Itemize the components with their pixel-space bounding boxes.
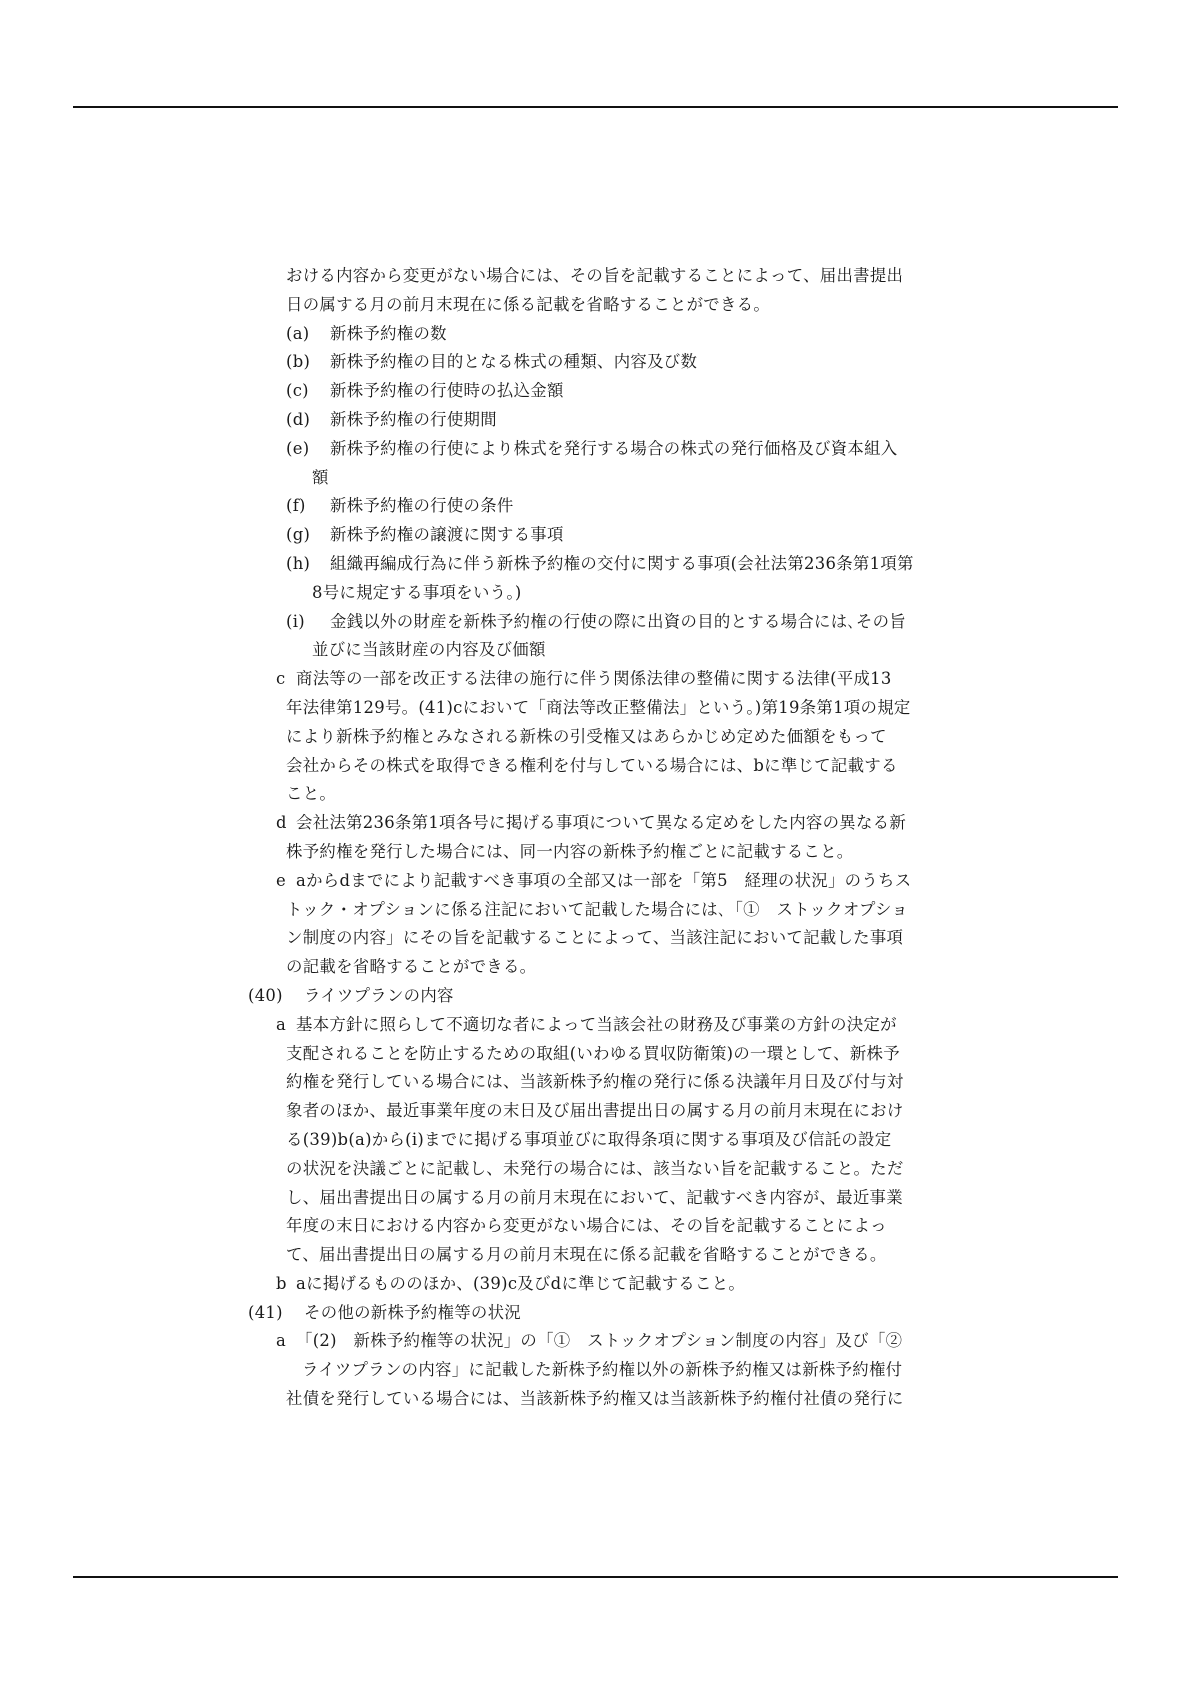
text-line: トック・オプションに係る注記において記載した場合には､「① ストックオプショ — [248, 896, 958, 925]
text-line: 年度の末日における内容から変更がない場合には、その旨を記載することによっ — [248, 1212, 958, 1241]
list-item: (40)ライツプランの内容 — [248, 982, 958, 1011]
line-text: 新株予約権の数 — [330, 324, 447, 343]
line-text: 新株予約権の行使期間 — [330, 410, 497, 429]
item-marker: (e) — [286, 435, 330, 464]
line-text: 商法等の一部を改正する法律の施行に伴う関係法律の整備に関する法律(平成13 — [296, 669, 892, 688]
list-item: a基本方針に照らして不適切な者によって当該会社の財務及び事業の方針の決定が — [248, 1011, 958, 1040]
line-text: こと。 — [286, 784, 336, 803]
line-text: 象者のほか、最近事業年度の末日及び届出書提出日の属する月の前月末現在におけ — [286, 1101, 904, 1120]
text-line: し、届出書提出日の属する月の前月末現在において、記載すべき内容が、最近事業 — [248, 1184, 958, 1213]
text-line: おける内容から変更がない場合には、その旨を記載することによって、届出書提出 — [248, 262, 958, 291]
line-text: 並びに当該財産の内容及び価額 — [312, 640, 546, 659]
line-text: ライツプランの内容 — [304, 986, 454, 1005]
line-text: 「(2) 新株予約権等の状況」の「① ストックオプション制度の内容」及び「② — [296, 1331, 902, 1350]
text-line: こと。 — [248, 780, 958, 809]
line-text: 社債を発行している場合には、当該新株予約権又は当該新株予約権付社債の発行に — [286, 1389, 904, 1408]
item-marker: (g) — [286, 521, 330, 550]
footer-rule — [73, 1576, 1118, 1578]
text-line: 日の属する月の前月末現在に係る記載を省略することができる。 — [248, 291, 958, 320]
list-item: (g)新株予約権の譲渡に関する事項 — [248, 521, 958, 550]
document-body: おける内容から変更がない場合には、その旨を記載することによって、届出書提出日の属… — [248, 262, 958, 1414]
text-line: 社債を発行している場合には、当該新株予約権又は当該新株予約権付社債の発行に — [248, 1385, 958, 1414]
line-text: aからdまでにより記載すべき事項の全部又は一部を「第5 経理の状況」のうちス — [296, 871, 911, 890]
item-marker: (i) — [286, 608, 330, 637]
item-marker: (f) — [286, 492, 330, 521]
line-text: aに掲げるもののほか、(39)c及びdに準じて記載すること。 — [296, 1274, 745, 1293]
list-item: (a)新株予約権の数 — [248, 320, 958, 349]
list-item: eaからdまでにより記載すべき事項の全部又は一部を「第5 経理の状況」のうちス — [248, 867, 958, 896]
line-text: 支配されることを防止するための取組(いわゆる買収防衛策)の一環として、新株予 — [286, 1044, 900, 1063]
line-text: る(39)b(a)から(i)までに掲げる事項並びに取得条項に関する事項及び信託の… — [286, 1130, 891, 1149]
item-marker: b — [276, 1270, 296, 1299]
item-marker: (d) — [286, 406, 330, 435]
line-text: 会社法第236条第1項各号に掲げる事項について異なる定めをした内容の異なる新 — [296, 813, 906, 832]
item-marker: (41) — [248, 1299, 304, 1328]
line-text: ン制度の内容」にその旨を記載することによって、当該注記において記載した事項 — [286, 928, 903, 947]
text-line: により新株予約権とみなされる新株の引受権又はあらかじめ定めた価額をもって — [248, 723, 958, 752]
list-item: (b)新株予約権の目的となる株式の種類、内容及び数 — [248, 348, 958, 377]
header-rule — [73, 106, 1118, 108]
item-marker: e — [276, 867, 296, 896]
line-text: の記載を省略することができる。 — [286, 957, 536, 976]
line-text: ライツプランの内容」に記載した新株予約権以外の新株予約権又は新株予約権付 — [302, 1360, 902, 1379]
text-line: る(39)b(a)から(i)までに掲げる事項並びに取得条項に関する事項及び信託の… — [248, 1126, 958, 1155]
text-line: 並びに当該財産の内容及び価額 — [248, 636, 958, 665]
list-item: a「(2) 新株予約権等の状況」の「① ストックオプション制度の内容」及び「② — [248, 1327, 958, 1356]
item-marker: a — [276, 1327, 296, 1356]
text-line: ライツプランの内容」に記載した新株予約権以外の新株予約権又は新株予約権付 — [248, 1356, 958, 1385]
text-line: 支配されることを防止するための取組(いわゆる買収防衛策)の一環として、新株予 — [248, 1040, 958, 1069]
item-marker: (40) — [248, 982, 304, 1011]
line-text: 額 — [312, 468, 329, 487]
line-text: 年度の末日における内容から変更がない場合には、その旨を記載することによっ — [286, 1216, 887, 1235]
line-text: 株予約権を発行した場合には、同一内容の新株予約権ごとに記載すること。 — [286, 842, 853, 861]
list-item: (h)組織再編成行為に伴う新株予約権の交付に関する事項(会社法第236条第1項第 — [248, 550, 958, 579]
list-item: (c)新株予約権の行使時の払込金額 — [248, 377, 958, 406]
text-line: 象者のほか、最近事業年度の末日及び届出書提出日の属する月の前月末現在におけ — [248, 1097, 958, 1126]
line-text: 組織再編成行為に伴う新株予約権の交付に関する事項(会社法第236条第1項第 — [330, 554, 914, 573]
list-item: (f)新株予約権の行使の条件 — [248, 492, 958, 521]
line-text: 基本方針に照らして不適切な者によって当該会社の財務及び事業の方針の決定が — [296, 1015, 897, 1034]
item-marker: (h) — [286, 550, 330, 579]
item-marker: c — [276, 665, 296, 694]
text-line: 額 — [248, 464, 958, 493]
line-text: 会社からその株式を取得できる権利を付与している場合には、bに準じて記載する — [286, 756, 898, 775]
text-line: て、届出書提出日の属する月の前月末現在に係る記載を省略することができる。 — [248, 1241, 958, 1270]
line-text: 日の属する月の前月末現在に係る記載を省略することができる。 — [286, 295, 770, 314]
text-line: 会社からその株式を取得できる権利を付与している場合には、bに準じて記載する — [248, 752, 958, 781]
line-text: 年法律第129号。(41)cにおいて「商法等改正整備法」という。)第19条第1項… — [286, 698, 911, 717]
list-item: (i)金銭以外の財産を新株予約権の行使の際に出資の目的とする場合には､その旨 — [248, 608, 958, 637]
line-text: 新株予約権の譲渡に関する事項 — [330, 525, 564, 544]
line-text: の状況を決議ごとに記載し、未発行の場合には、該当ない旨を記載すること。ただ — [286, 1159, 904, 1178]
line-text: 新株予約権の行使の条件 — [330, 496, 514, 515]
list-item: baに掲げるもののほか、(39)c及びdに準じて記載すること。 — [248, 1270, 958, 1299]
line-text: トック・オプションに係る注記において記載した場合には､「① ストックオプショ — [286, 900, 908, 919]
item-marker: (c) — [286, 377, 330, 406]
line-text: その他の新株予約権等の状況 — [304, 1303, 521, 1322]
item-marker: (a) — [286, 320, 330, 349]
line-text: 新株予約権の目的となる株式の種類、内容及び数 — [330, 352, 697, 371]
text-line: 約権を発行している場合には、当該新株予約権の発行に係る決議年月日及び付与対 — [248, 1068, 958, 1097]
list-item: (41)その他の新株予約権等の状況 — [248, 1299, 958, 1328]
item-marker: a — [276, 1011, 296, 1040]
item-marker: (b) — [286, 348, 330, 377]
text-line: の状況を決議ごとに記載し、未発行の場合には、該当ない旨を記載すること。ただ — [248, 1155, 958, 1184]
text-line: 8号に規定する事項をいう。) — [248, 579, 958, 608]
line-text: おける内容から変更がない場合には、その旨を記載することによって、届出書提出 — [286, 266, 903, 285]
text-line: 株予約権を発行した場合には、同一内容の新株予約権ごとに記載すること。 — [248, 838, 958, 867]
line-text: 新株予約権の行使時の払込金額 — [330, 381, 564, 400]
line-text: 8号に規定する事項をいう。) — [312, 583, 522, 602]
list-item: (d)新株予約権の行使期間 — [248, 406, 958, 435]
line-text: により新株予約権とみなされる新株の引受権又はあらかじめ定めた価額をもって — [286, 727, 887, 746]
item-marker: d — [276, 809, 296, 838]
text-line: の記載を省略することができる。 — [248, 953, 958, 982]
line-text: 新株予約権の行使により株式を発行する場合の株式の発行価格及び資本組入 — [330, 439, 897, 458]
list-item: d会社法第236条第1項各号に掲げる事項について異なる定めをした内容の異なる新 — [248, 809, 958, 838]
list-item: (e)新株予約権の行使により株式を発行する場合の株式の発行価格及び資本組入 — [248, 435, 958, 464]
line-text: 約権を発行している場合には、当該新株予約権の発行に係る決議年月日及び付与対 — [286, 1072, 904, 1091]
line-text: 金銭以外の財産を新株予約権の行使の際に出資の目的とする場合には､その旨 — [330, 612, 906, 631]
list-item: c商法等の一部を改正する法律の施行に伴う関係法律の整備に関する法律(平成13 — [248, 665, 958, 694]
line-text: し、届出書提出日の属する月の前月末現在において、記載すべき内容が、最近事業 — [286, 1188, 903, 1207]
line-text: て、届出書提出日の属する月の前月末現在に係る記載を省略することができる。 — [286, 1245, 887, 1264]
text-line: ン制度の内容」にその旨を記載することによって、当該注記において記載した事項 — [248, 924, 958, 953]
text-line: 年法律第129号。(41)cにおいて「商法等改正整備法」という。)第19条第1項… — [248, 694, 958, 723]
